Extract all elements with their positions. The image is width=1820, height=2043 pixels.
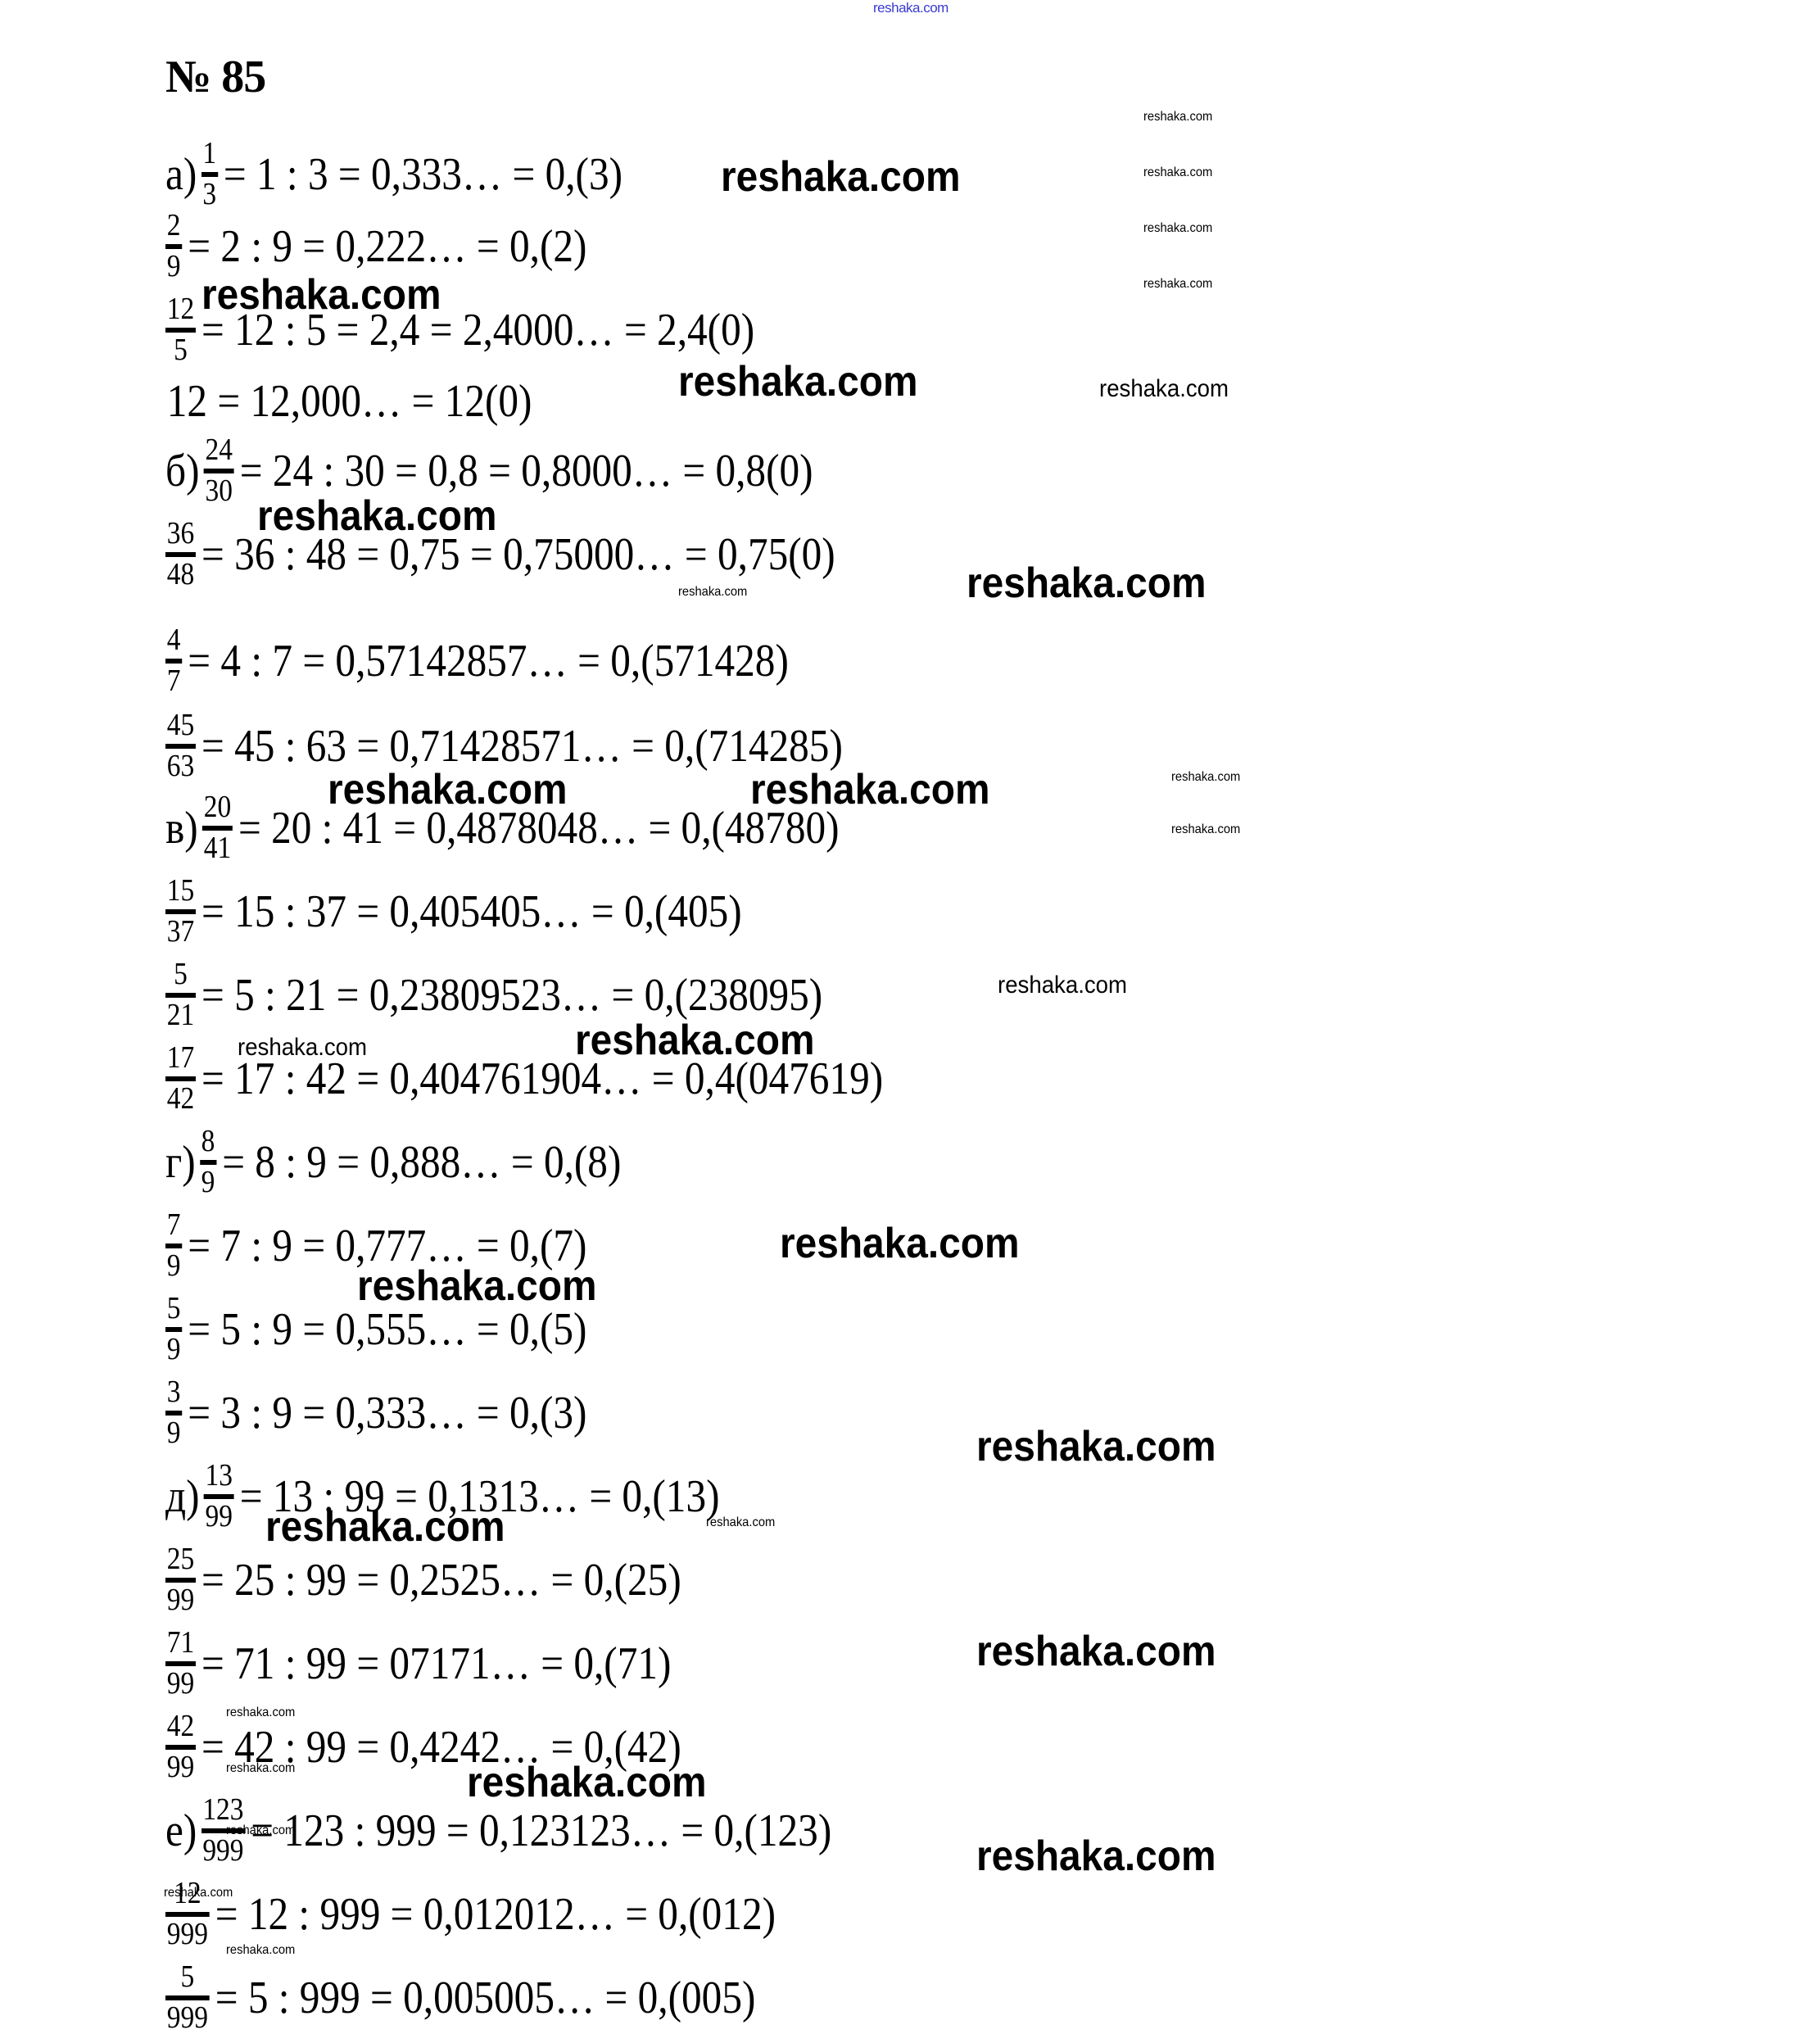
- watermark: reshaka.com: [976, 1832, 1216, 1881]
- expression: = 1 : 3 = 0,333… = 0,(3): [224, 152, 623, 197]
- expression: = 5 : 999 = 0,005005… = 0,(005): [215, 1975, 756, 2021]
- watermark: reshaka.com: [226, 1761, 295, 1776]
- problem-number: № 85: [165, 51, 265, 103]
- part-label: д): [165, 1474, 199, 1520]
- watermark: reshaka.com: [201, 270, 441, 319]
- solution-line: 12 = 12,000… = 12(0): [165, 378, 532, 424]
- fraction: 2599: [165, 1543, 196, 1617]
- expression: = 12 : 999 = 0,012012… = 0,(012): [215, 1891, 776, 1937]
- watermark: reshaka.com: [780, 1219, 1020, 1268]
- watermark: reshaka.com: [328, 765, 568, 814]
- solution-line: 1537 = 15 : 37 = 0,405405… = 0,(405): [165, 875, 742, 949]
- fraction: 2430: [204, 434, 234, 508]
- watermark: reshaka.com: [238, 1034, 367, 1062]
- watermark: reshaka.com: [265, 1502, 505, 1552]
- part-label: е): [165, 1808, 197, 1854]
- fraction: 79: [165, 1209, 182, 1283]
- expression: = 25 : 99 = 0,2525… = 0,(25): [201, 1557, 681, 1603]
- watermark: reshaka.com: [721, 152, 961, 202]
- watermark: reshaka.com: [678, 357, 918, 406]
- watermark: reshaka.com: [967, 559, 1207, 608]
- watermark: reshaka.com: [257, 491, 497, 541]
- watermark: reshaka.com: [1143, 165, 1212, 180]
- fraction: 89: [200, 1126, 216, 1199]
- part-label: б): [165, 448, 199, 494]
- solution-line: 2599 = 25 : 99 = 0,2525… = 0,(25): [165, 1543, 681, 1617]
- watermark: reshaka.com: [467, 1758, 707, 1807]
- part-label: в): [165, 805, 198, 851]
- watermark: reshaka.com: [706, 1515, 775, 1530]
- fraction: 7199: [165, 1627, 196, 1701]
- watermark: reshaka.com: [750, 765, 990, 814]
- expression: = 8 : 9 = 0,888… = 0,(8): [222, 1139, 621, 1185]
- solution-line: 7199 = 71 : 99 = 07171… = 0,(71): [165, 1627, 671, 1701]
- fraction: 1399: [204, 1460, 234, 1533]
- expression: = 71 : 99 = 07171… = 0,(71): [201, 1641, 671, 1687]
- watermark: reshaka.com: [998, 972, 1127, 999]
- watermark: reshaka.com: [226, 1823, 295, 1838]
- fraction: 47: [165, 624, 182, 698]
- fraction: 3648: [165, 518, 196, 591]
- fraction: 4563: [165, 709, 196, 783]
- watermark: reshaka.com: [1171, 822, 1240, 837]
- watermark: reshaka.com: [575, 1016, 815, 1065]
- watermark: reshaka.com: [678, 585, 747, 600]
- fraction: 13: [201, 138, 218, 211]
- expression: = 5 : 9 = 0,555… = 0,(5): [188, 1307, 586, 1352]
- expression: = 24 : 30 = 0,8 = 0,8000… = 0,8(0): [240, 448, 813, 494]
- watermark: reshaka.com: [1171, 770, 1240, 785]
- expression: = 4 : 7 = 0,57142857… = 0,(571428): [188, 638, 789, 684]
- solution-line: 39 = 3 : 9 = 0,333… = 0,(3): [165, 1376, 586, 1450]
- expression: = 123 : 999 = 0,123123… = 0,(123): [251, 1808, 831, 1854]
- expression: = 2 : 9 = 0,222… = 0,(2): [188, 224, 586, 270]
- solution-line: а) 13 = 1 : 3 = 0,333… = 0,(3): [165, 138, 623, 211]
- solution-line: 5999 = 5 : 999 = 0,005005… = 0,(005): [165, 1961, 755, 2035]
- watermark: reshaka.com: [226, 1943, 295, 1958]
- fraction: 4299: [165, 1710, 196, 1784]
- expression: = 3 : 9 = 0,333… = 0,(3): [188, 1390, 586, 1436]
- fraction: 5999: [165, 1961, 210, 2035]
- watermark: reshaka.com: [1143, 221, 1212, 236]
- watermark: reshaka.com: [976, 1627, 1216, 1676]
- site-watermark-top: reshaka.com: [873, 0, 948, 16]
- part-label: г): [165, 1139, 196, 1185]
- watermark: reshaka.com: [1099, 375, 1229, 403]
- expression: = 15 : 37 = 0,405405… = 0,(405): [201, 889, 742, 935]
- fraction: 2041: [202, 791, 233, 865]
- watermark: reshaka.com: [357, 1262, 597, 1311]
- fraction: 1742: [165, 1042, 196, 1116]
- watermark: reshaka.com: [226, 1706, 295, 1720]
- solution-line: 12999 = 12 : 999 = 0,012012… = 0,(012): [165, 1878, 776, 1951]
- solution-line: г) 89 = 8 : 9 = 0,888… = 0,(8): [165, 1126, 621, 1199]
- watermark: reshaka.com: [976, 1422, 1216, 1471]
- fraction: 1537: [165, 875, 196, 949]
- fraction: 29: [165, 210, 182, 283]
- expression: = 5 : 21 = 0,23809523… = 0,(238095): [201, 972, 822, 1018]
- fraction: 39: [165, 1376, 182, 1450]
- expression: 12 = 12,000… = 12(0): [167, 378, 532, 424]
- watermark: reshaka.com: [1143, 277, 1212, 292]
- fraction: 521: [165, 958, 196, 1032]
- fraction: 125: [165, 293, 196, 367]
- fraction: 59: [165, 1293, 182, 1366]
- part-label: а): [165, 152, 197, 197]
- solution-line: 47 = 4 : 7 = 0,57142857… = 0,(571428): [165, 624, 789, 698]
- watermark: reshaka.com: [1143, 110, 1212, 125]
- expression: = 45 : 63 = 0,71428571… = 0,(714285): [201, 723, 843, 769]
- watermark: reshaka.com: [164, 1886, 233, 1900]
